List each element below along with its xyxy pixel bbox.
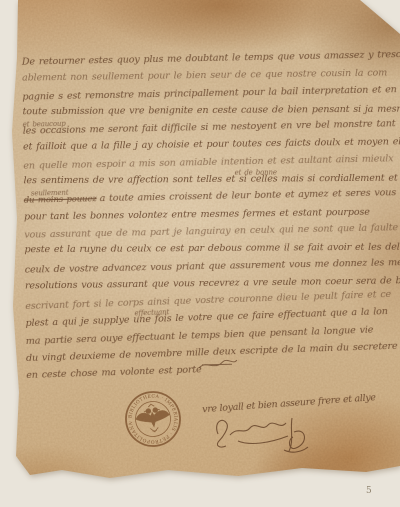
interlinear-insert: et de bonne <box>235 165 277 183</box>
signature-flourish-icon <box>208 410 318 456</box>
manuscript-page: De retourner estes quoy plus me doubtant… <box>0 0 400 507</box>
scan-background: De retourner estes quoy plus me doubtant… <box>0 0 400 507</box>
interlinear-insert: et beaucoup <box>23 116 66 134</box>
manuscript-lines: De retourner estes quoy plus me doubtant… <box>22 47 391 381</box>
folio-number: 5 <box>366 486 372 496</box>
interlinear-insert: effectuant <box>134 305 169 323</box>
library-stamp-icon: · BIBLIOTHECA · IMPERIALIS · PETROPOLITA… <box>113 379 192 458</box>
end-paraph-icon <box>196 355 241 375</box>
interlinear-insert: seullement <box>31 185 69 203</box>
stamp-eagle-emblem <box>134 402 172 434</box>
